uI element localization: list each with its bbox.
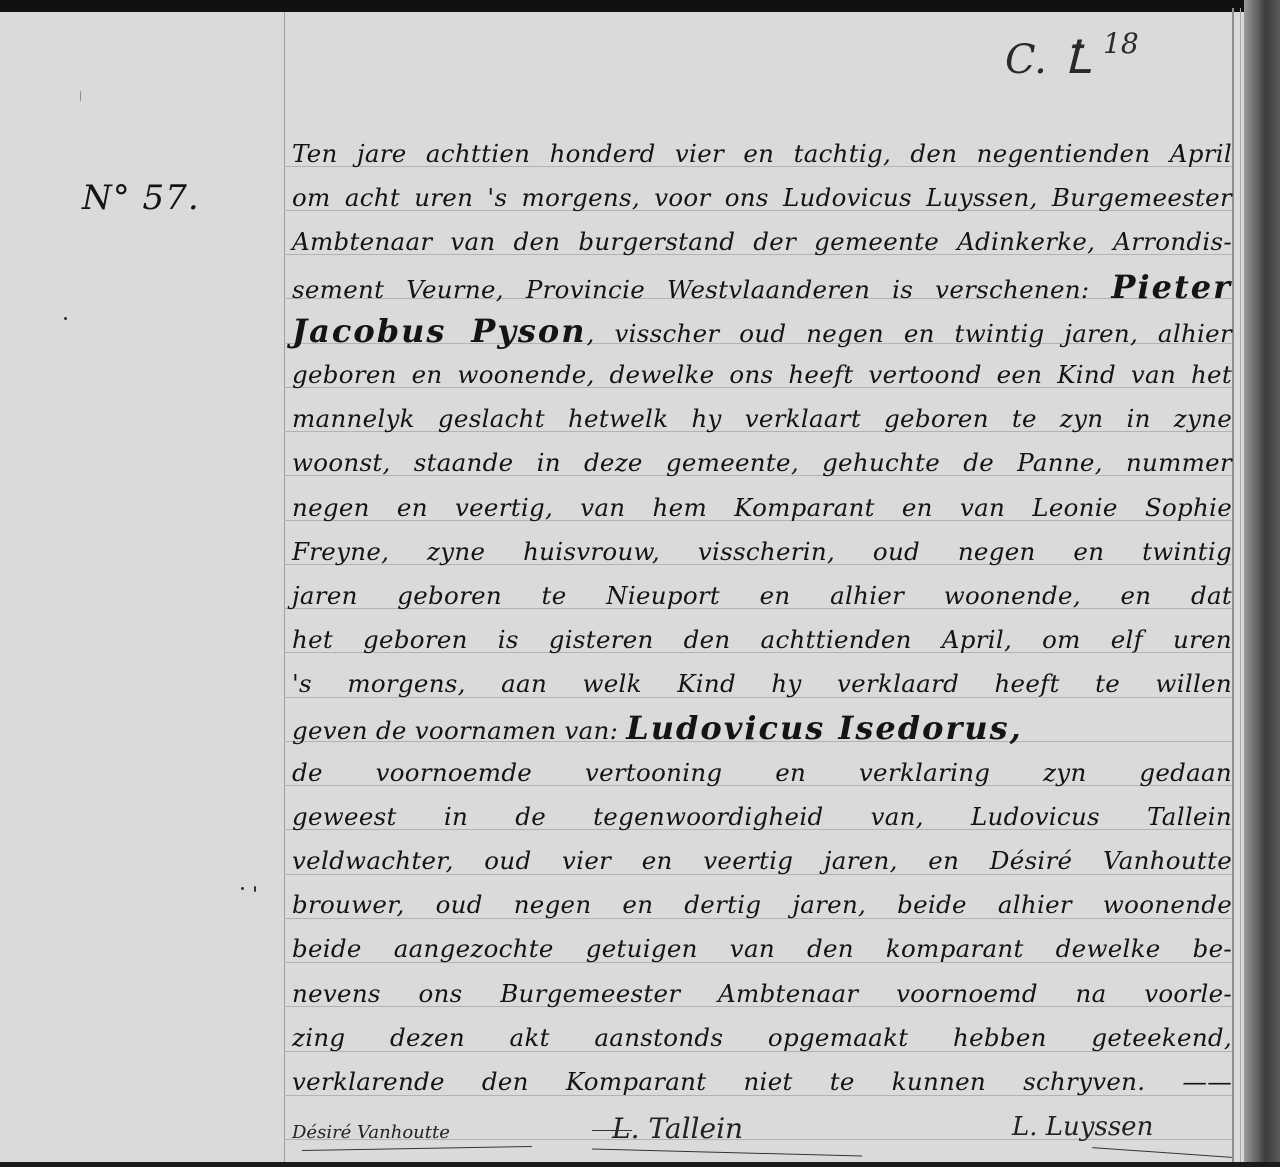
scan-speck	[64, 317, 67, 320]
text-line: om acht uren 's morgens, voor ons Ludovi…	[292, 176, 1232, 220]
folio-mark: C.	[1005, 37, 1047, 83]
text-line: geven de voornamen van: Ludovicus Isedor…	[292, 706, 1232, 750]
text-line: Freyne, zyne huisvrouw, visscherin, oud …	[292, 530, 1232, 574]
text-line: sement Veurne, Provincie Westvlaanderen …	[292, 265, 1232, 309]
signature-row: Désiré Vanhoutte L. Tallein L. Luyssen	[292, 1112, 1232, 1152]
signature-flourish	[592, 1130, 632, 1131]
declarant-surname: Jacobus Pyson	[292, 312, 587, 350]
folio-scribble: Ꝉ	[1064, 30, 1091, 84]
signature-mayor-luyssen: L. Luyssen	[1012, 1112, 1153, 1142]
text-segment: geven de voornamen van:	[292, 716, 626, 745]
text-line: verklarende den Komparant niet te kunnen…	[292, 1060, 1232, 1104]
text-line: nevens ons Burgemeester Ambtenaar voorno…	[292, 972, 1232, 1016]
text-line: 's morgens, aan welk Kind hy verklaard h…	[292, 662, 1232, 706]
declarant-first-name: Pieter	[1111, 268, 1232, 306]
folio-annotation: C. Ꝉ 18	[1005, 30, 1139, 84]
text-line: brouwer, oud negen en dertig jaren, beid…	[292, 883, 1232, 927]
text-line: geboren en woonende, dewelke ons heeft v…	[292, 353, 1232, 397]
text-segment: sement Veurne, Provincie Westvlaanderen …	[292, 275, 1111, 304]
binding-edge-line	[1240, 8, 1241, 1167]
text-line: de voornoemde vertooning en verklaring z…	[292, 751, 1232, 795]
text-line: jaren geboren te Nieuport en alhier woon…	[292, 574, 1232, 618]
text-segment: , visscher oud negen en twintig jaren, a…	[587, 319, 1232, 348]
signature-witness-vanhoutte: Désiré Vanhoutte	[292, 1122, 450, 1143]
certificate-text: Ten jare achttien honderd vier en tachti…	[292, 132, 1232, 1104]
scan-speck	[254, 886, 256, 892]
scan-top-edge	[0, 0, 1280, 12]
text-line: mannelyk geslacht hetwelk hy verklaart g…	[292, 397, 1232, 441]
margin-rule	[284, 12, 285, 1167]
text-line: woonst, staande in deze gemeente, gehuch…	[292, 441, 1232, 485]
text-line: het geboren is gisteren den achttienden …	[292, 618, 1232, 662]
text-line: Ambtenaar van den burgerstand der gemeen…	[292, 220, 1232, 264]
entry-number: N° 57.	[82, 178, 200, 218]
text-line: beide aangezochte getuigen van den kompa…	[292, 927, 1232, 971]
text-line: Ten jare achttien honderd vier en tachti…	[292, 132, 1232, 176]
scan-speck	[241, 887, 244, 890]
signature-witness-tallein: L. Tallein	[612, 1112, 743, 1145]
child-given-names: Ludovicus Isedorus,	[626, 709, 1022, 747]
scan-speck	[80, 90, 81, 102]
text-line: geweest in de tegenwoordigheid van, Ludo…	[292, 795, 1232, 839]
binding-edge-line	[1232, 8, 1234, 1167]
scan-bottom-edge	[0, 1162, 1280, 1167]
folio-number: 18	[1103, 27, 1139, 60]
text-line: zing dezen akt aanstonds opgemaakt hebbe…	[292, 1016, 1232, 1060]
text-line: veldwachter, oud vier en veertig jaren, …	[292, 839, 1232, 883]
signature-flourish	[302, 1146, 532, 1151]
text-line: Jacobus Pyson, visscher oud negen en twi…	[292, 309, 1232, 353]
book-binding	[1244, 0, 1280, 1167]
text-line: negen en veertig, van hem Komparant en v…	[292, 486, 1232, 530]
